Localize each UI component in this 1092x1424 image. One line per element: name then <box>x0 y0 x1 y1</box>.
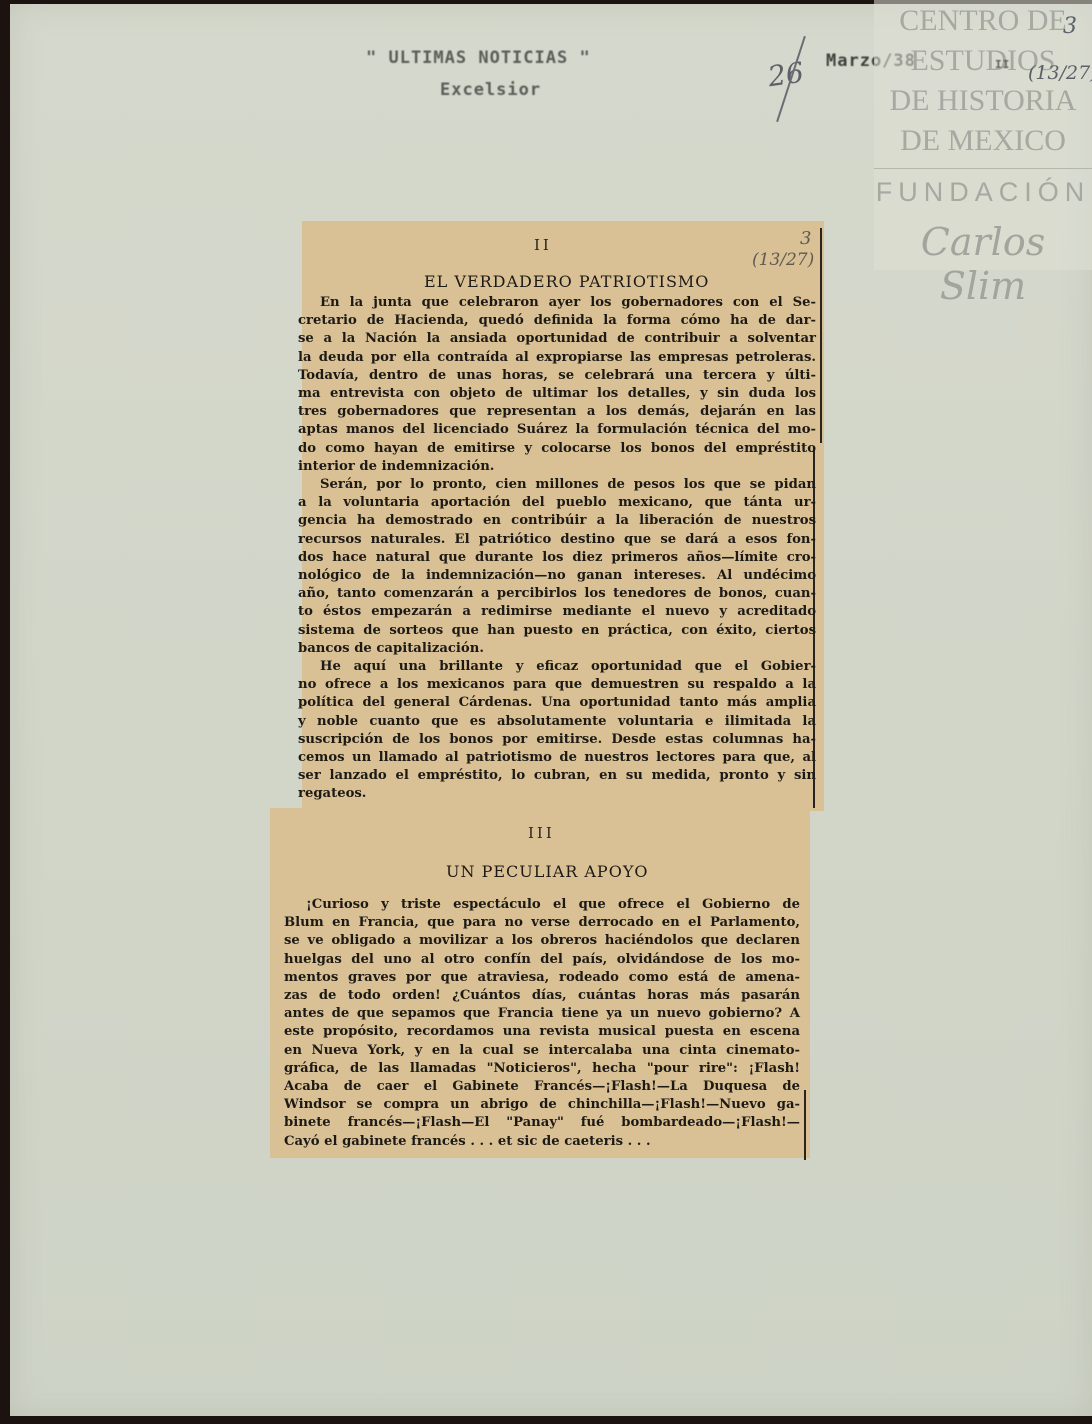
text-line: no ofrece a los mexicanos para que demue… <box>298 676 816 694</box>
text-line: suscripción de los bonos por emitirse. D… <box>298 731 816 749</box>
text-line: sistema de sorteos que han puesto en prá… <box>298 622 816 640</box>
newspaper-name: Excelsior <box>440 80 541 100</box>
text-line: do como hayan de emitirse y colocarse lo… <box>298 440 816 458</box>
text-line: año, tanto comenzarán a percibirlos los … <box>298 585 816 603</box>
text-line: Serán, por lo pronto, cien millones de p… <box>298 476 816 494</box>
text-line: binete francés—¡Flash—El "Panay" fué bom… <box>284 1114 800 1132</box>
article-body: En la junta que celebraron ayer los gobe… <box>298 294 816 804</box>
typed-numeral: II <box>995 58 1010 71</box>
clipping-folio: (13/27) <box>752 250 814 270</box>
text-line: ser lanzado el empréstito, lo cubran, en… <box>298 767 816 785</box>
article-title: UN PECULIAR APOYO <box>446 862 649 881</box>
text-line: He aquí una brillante y eficaz oportunid… <box>298 658 816 676</box>
text-line: En la junta que celebraron ayer los gobe… <box>298 294 816 312</box>
text-line: gencia ha demostrado en contribúir a la … <box>298 512 816 530</box>
article-numeral: III <box>528 824 555 842</box>
watermark-foundation: FUNDACIÓN <box>874 177 1092 208</box>
column-rule <box>804 1090 806 1160</box>
watermark-signature: Carlos Slim <box>874 220 1092 308</box>
text-line: zas de todo orden! ¿Cuántos días, cuánta… <box>284 987 800 1005</box>
text-line: la deuda por ella contraída al expropiar… <box>298 349 816 367</box>
text-line: cemos un llamado al patriotismo de nuest… <box>298 749 816 767</box>
article-body: ¡Curioso y triste espectáculo el que ofr… <box>284 896 800 1151</box>
handwritten-folio: (13/27) <box>1028 62 1092 84</box>
text-line: este propósito, recordamos una revista m… <box>284 1023 800 1041</box>
text-line: se ve obligado a movilizar a los obreros… <box>284 932 800 950</box>
text-line: se a la Nación la ansiada oportunidad de… <box>298 330 816 348</box>
text-line: nológico de la indemnización—no ganan in… <box>298 567 816 585</box>
text-line: ma entrevista con objeto de ultimar los … <box>298 385 816 403</box>
watermark-line-4: DE MEXICO <box>874 124 1092 158</box>
text-line: Windsor se compra un abrigo de chinchill… <box>284 1096 800 1114</box>
text-line: bancos de capitalización. <box>298 640 816 658</box>
handwritten-page-number: 3 <box>1063 14 1077 39</box>
text-line: ¡Curioso y triste espectáculo el que ofr… <box>284 896 800 914</box>
text-line: huelgas del uno al otro confín del país,… <box>284 951 800 969</box>
watermark-line-3: DE HISTORIA <box>874 84 1092 118</box>
text-line: en Nueva York, y en la cual se intercala… <box>284 1042 800 1060</box>
watermark-panel: CENTRO DE ESTUDIOS DE HISTORIA DE MEXICO… <box>874 0 1092 270</box>
watermark-divider <box>874 168 1092 169</box>
article-numeral: II <box>534 236 552 254</box>
text-line: to éstos empezarán a redimirse mediante … <box>298 603 816 621</box>
column-rule <box>820 228 822 443</box>
text-line: Blum en Francia, que para no verse derro… <box>284 914 800 932</box>
text-line: gráfica, de las llamadas "Noticieros", h… <box>284 1060 800 1078</box>
text-line: interior de indemnización. <box>298 458 816 476</box>
watermark-line-1: CENTRO DE <box>874 4 1092 38</box>
text-line: y noble cuanto que es absolutamente volu… <box>298 713 816 731</box>
text-line: recursos naturales. El patriótico destin… <box>298 531 816 549</box>
text-line: aptas manos del licenciado Suárez la for… <box>298 421 816 439</box>
text-line: política del general Cárdenas. Una oport… <box>298 694 816 712</box>
text-line: Acaba de caer el Gabinete Francés—¡Flash… <box>284 1078 800 1096</box>
text-line: a la voluntaria aportación del pueblo me… <box>298 494 816 512</box>
publication-line: " ULTIMAS NOTICIAS " <box>366 48 591 68</box>
text-line: cretario de Hacienda, quedó definida la … <box>298 312 816 330</box>
text-line: tres gobernadores que representan a los … <box>298 403 816 421</box>
text-line: Cayó el gabinete francés . . . et sic de… <box>284 1133 800 1151</box>
text-line: Todavía, dentro de unas horas, se celebr… <box>298 367 816 385</box>
text-line: regateos. <box>298 785 816 803</box>
article-title: EL VERDADERO PATRIOTISMO <box>424 272 709 291</box>
clipping-page-number: 3 <box>800 228 811 249</box>
text-line: dos hace natural que durante los diez pr… <box>298 549 816 567</box>
text-line: antes de que sepamos que Francia tiene y… <box>284 1005 800 1023</box>
text-line: mentos graves por que atraviesa, rodeado… <box>284 969 800 987</box>
